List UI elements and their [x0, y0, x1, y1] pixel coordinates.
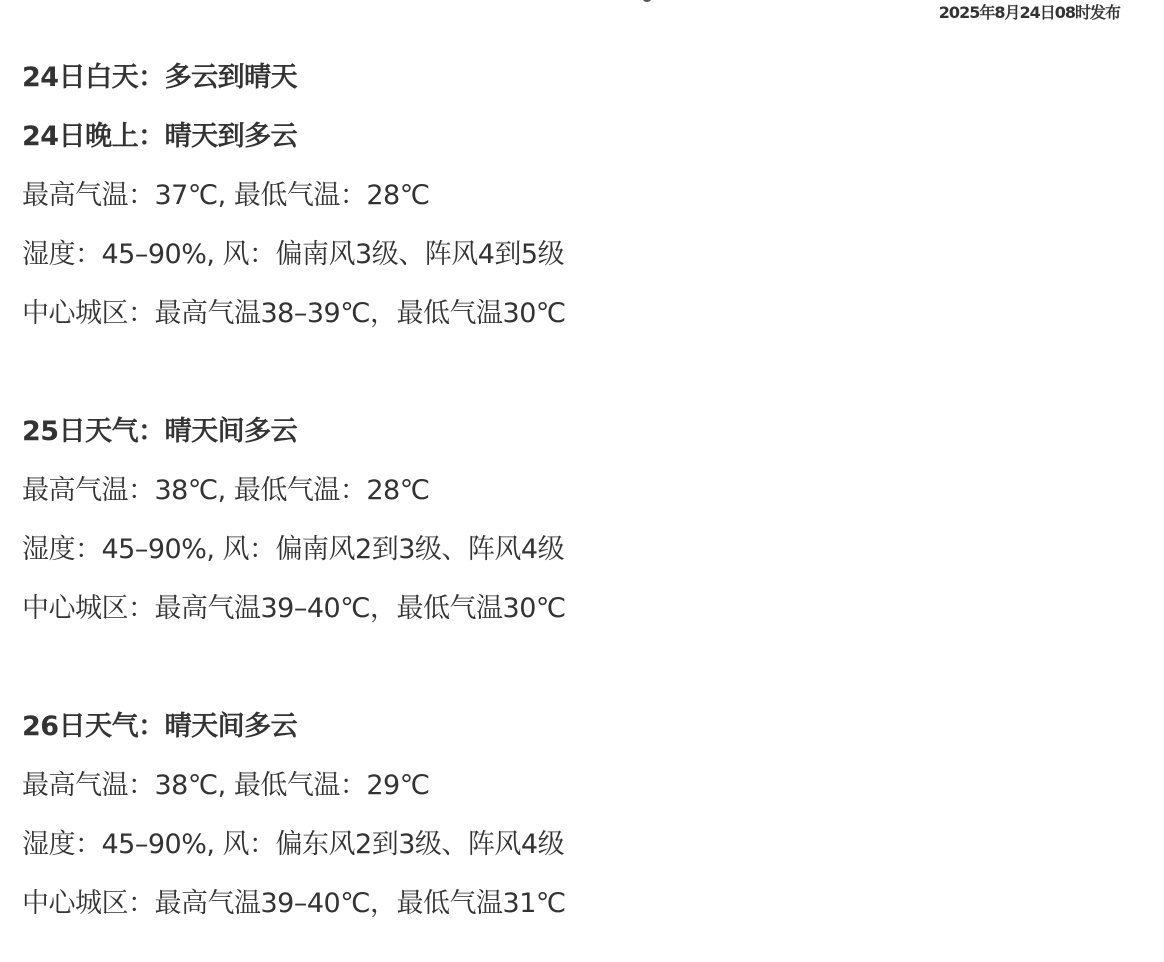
day-25-summary: 25日天气：晴天间多云 [22, 402, 566, 461]
day-26-humidity-wind: 湿度：45–90%, 风：偏东风2到3级、阵风4级 [22, 815, 566, 874]
decorative-mark [643, 0, 651, 2]
forecast-section-25: 25日天气：晴天间多云 最高气温：38℃, 最低气温：28℃ 湿度：45–90%… [22, 402, 566, 638]
forecast-content: 24日白天：多云到晴天 24日晚上：晴天到多云 最高气温：37℃, 最低气温：2… [22, 48, 566, 933]
day-24-temperature: 最高气温：37℃, 最低气温：28℃ [22, 166, 566, 225]
day-26-city-center: 中心城区：最高气温39–40℃，最低气温31℃ [22, 874, 566, 933]
day-26-temperature: 最高气温：38℃, 最低气温：29℃ [22, 756, 566, 815]
forecast-section-24: 24日白天：多云到晴天 24日晚上：晴天到多云 最高气温：37℃, 最低气温：2… [22, 48, 566, 343]
day-25-temperature: 最高气温：38℃, 最低气温：28℃ [22, 461, 566, 520]
day-25-city-center: 中心城区：最高气温39–40℃，最低气温30℃ [22, 579, 566, 638]
day-24-city-center: 中心城区：最高气温38–39℃，最低气温30℃ [22, 284, 566, 343]
publish-timestamp: 2025年8月24日08时发布 [939, 0, 1120, 23]
forecast-section-26: 26日天气：晴天间多云 最高气温：38℃, 最低气温：29℃ 湿度：45–90%… [22, 697, 566, 933]
day-26-summary: 26日天气：晴天间多云 [22, 697, 566, 756]
section-spacer [22, 343, 566, 402]
day-24-daytime-summary: 24日白天：多云到晴天 [22, 48, 566, 107]
day-25-humidity-wind: 湿度：45–90%, 风：偏南风2到3级、阵风4级 [22, 520, 566, 579]
section-spacer [22, 638, 566, 697]
day-24-humidity-wind: 湿度：45–90%, 风：偏南风3级、阵风4到5级 [22, 225, 566, 284]
day-24-night-summary: 24日晚上：晴天到多云 [22, 107, 566, 166]
